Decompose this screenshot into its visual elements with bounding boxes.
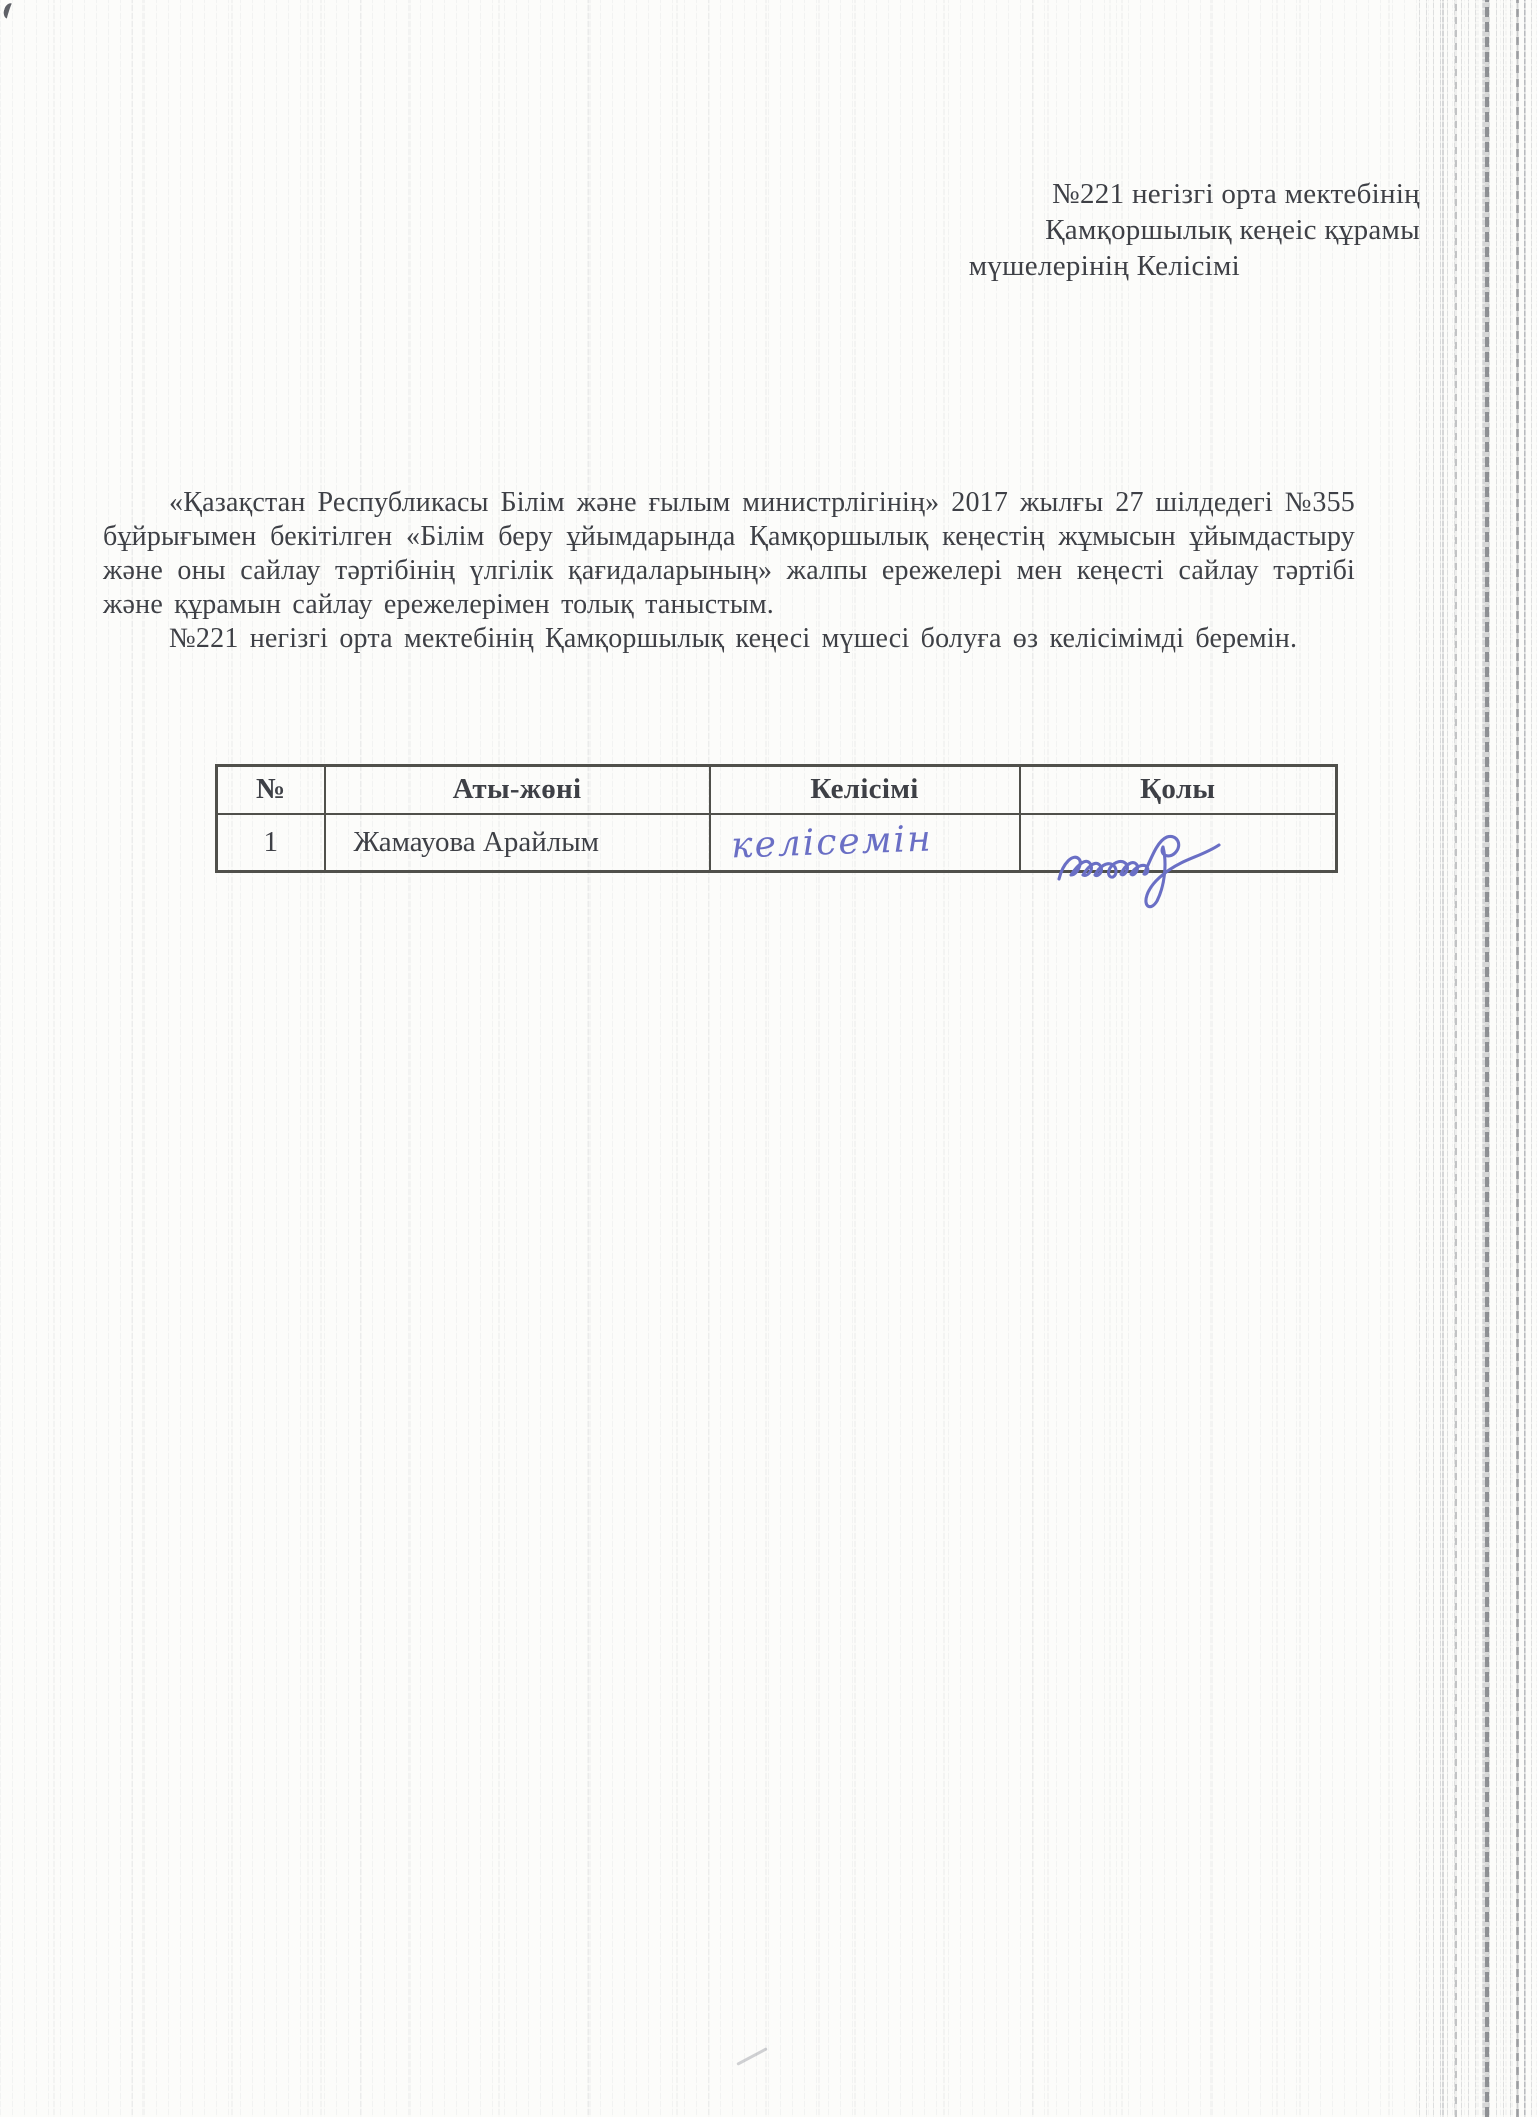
document-body: «Қазақстан Республикасы Білім және ғылым… [103, 486, 1355, 656]
body-paragraph-1: «Қазақстан Республикасы Білім және ғылым… [103, 486, 1355, 622]
document-header: №221 негізгі орта мектебінің Қамқоршылық… [920, 176, 1420, 284]
scanned-document-page: №221 негізгі орта мектебінің Қамқоршылық… [0, 0, 1537, 2117]
table-header-row: № Аты-жөні Келісімі Қолы [217, 766, 1337, 814]
scan-artifact-line [1516, 0, 1519, 2117]
row-number-cell: 1 [217, 814, 325, 872]
handwritten-signature [1035, 819, 1255, 919]
scan-artifact-line [1485, 0, 1489, 2117]
scan-edge-streak-band [1419, 0, 1537, 2117]
table-row: 1 Жамауова Арайлым келісемін [217, 814, 1337, 872]
body-paragraph-2: №221 негізгі орта мектебінің Қамқоршылық… [103, 622, 1355, 656]
column-header-number: № [217, 766, 325, 814]
column-header-signature: Қолы [1020, 766, 1337, 814]
handwritten-agreement-text: келісемін [730, 818, 933, 866]
header-line-2: Қамқоршылық кеңеіс құрамы [920, 212, 1420, 248]
column-header-agreement: Келісімі [710, 766, 1020, 814]
column-header-name: Аты-жөні [325, 766, 710, 814]
signature-cell [1020, 814, 1337, 872]
scan-artifact-line [1455, 0, 1457, 2117]
header-line-1: №221 негізгі орта мектебінің [920, 176, 1420, 212]
member-name-cell: Жамауова Арайлым [325, 814, 710, 872]
members-agreement-table: № Аты-жөні Келісімі Қолы 1 Жамауова Арай… [215, 764, 1338, 873]
scan-streak-texture [0, 0, 1537, 2117]
agreement-cell: келісемін [710, 814, 1020, 872]
header-line-3: мүшелерінің Келісімі [920, 248, 1420, 284]
